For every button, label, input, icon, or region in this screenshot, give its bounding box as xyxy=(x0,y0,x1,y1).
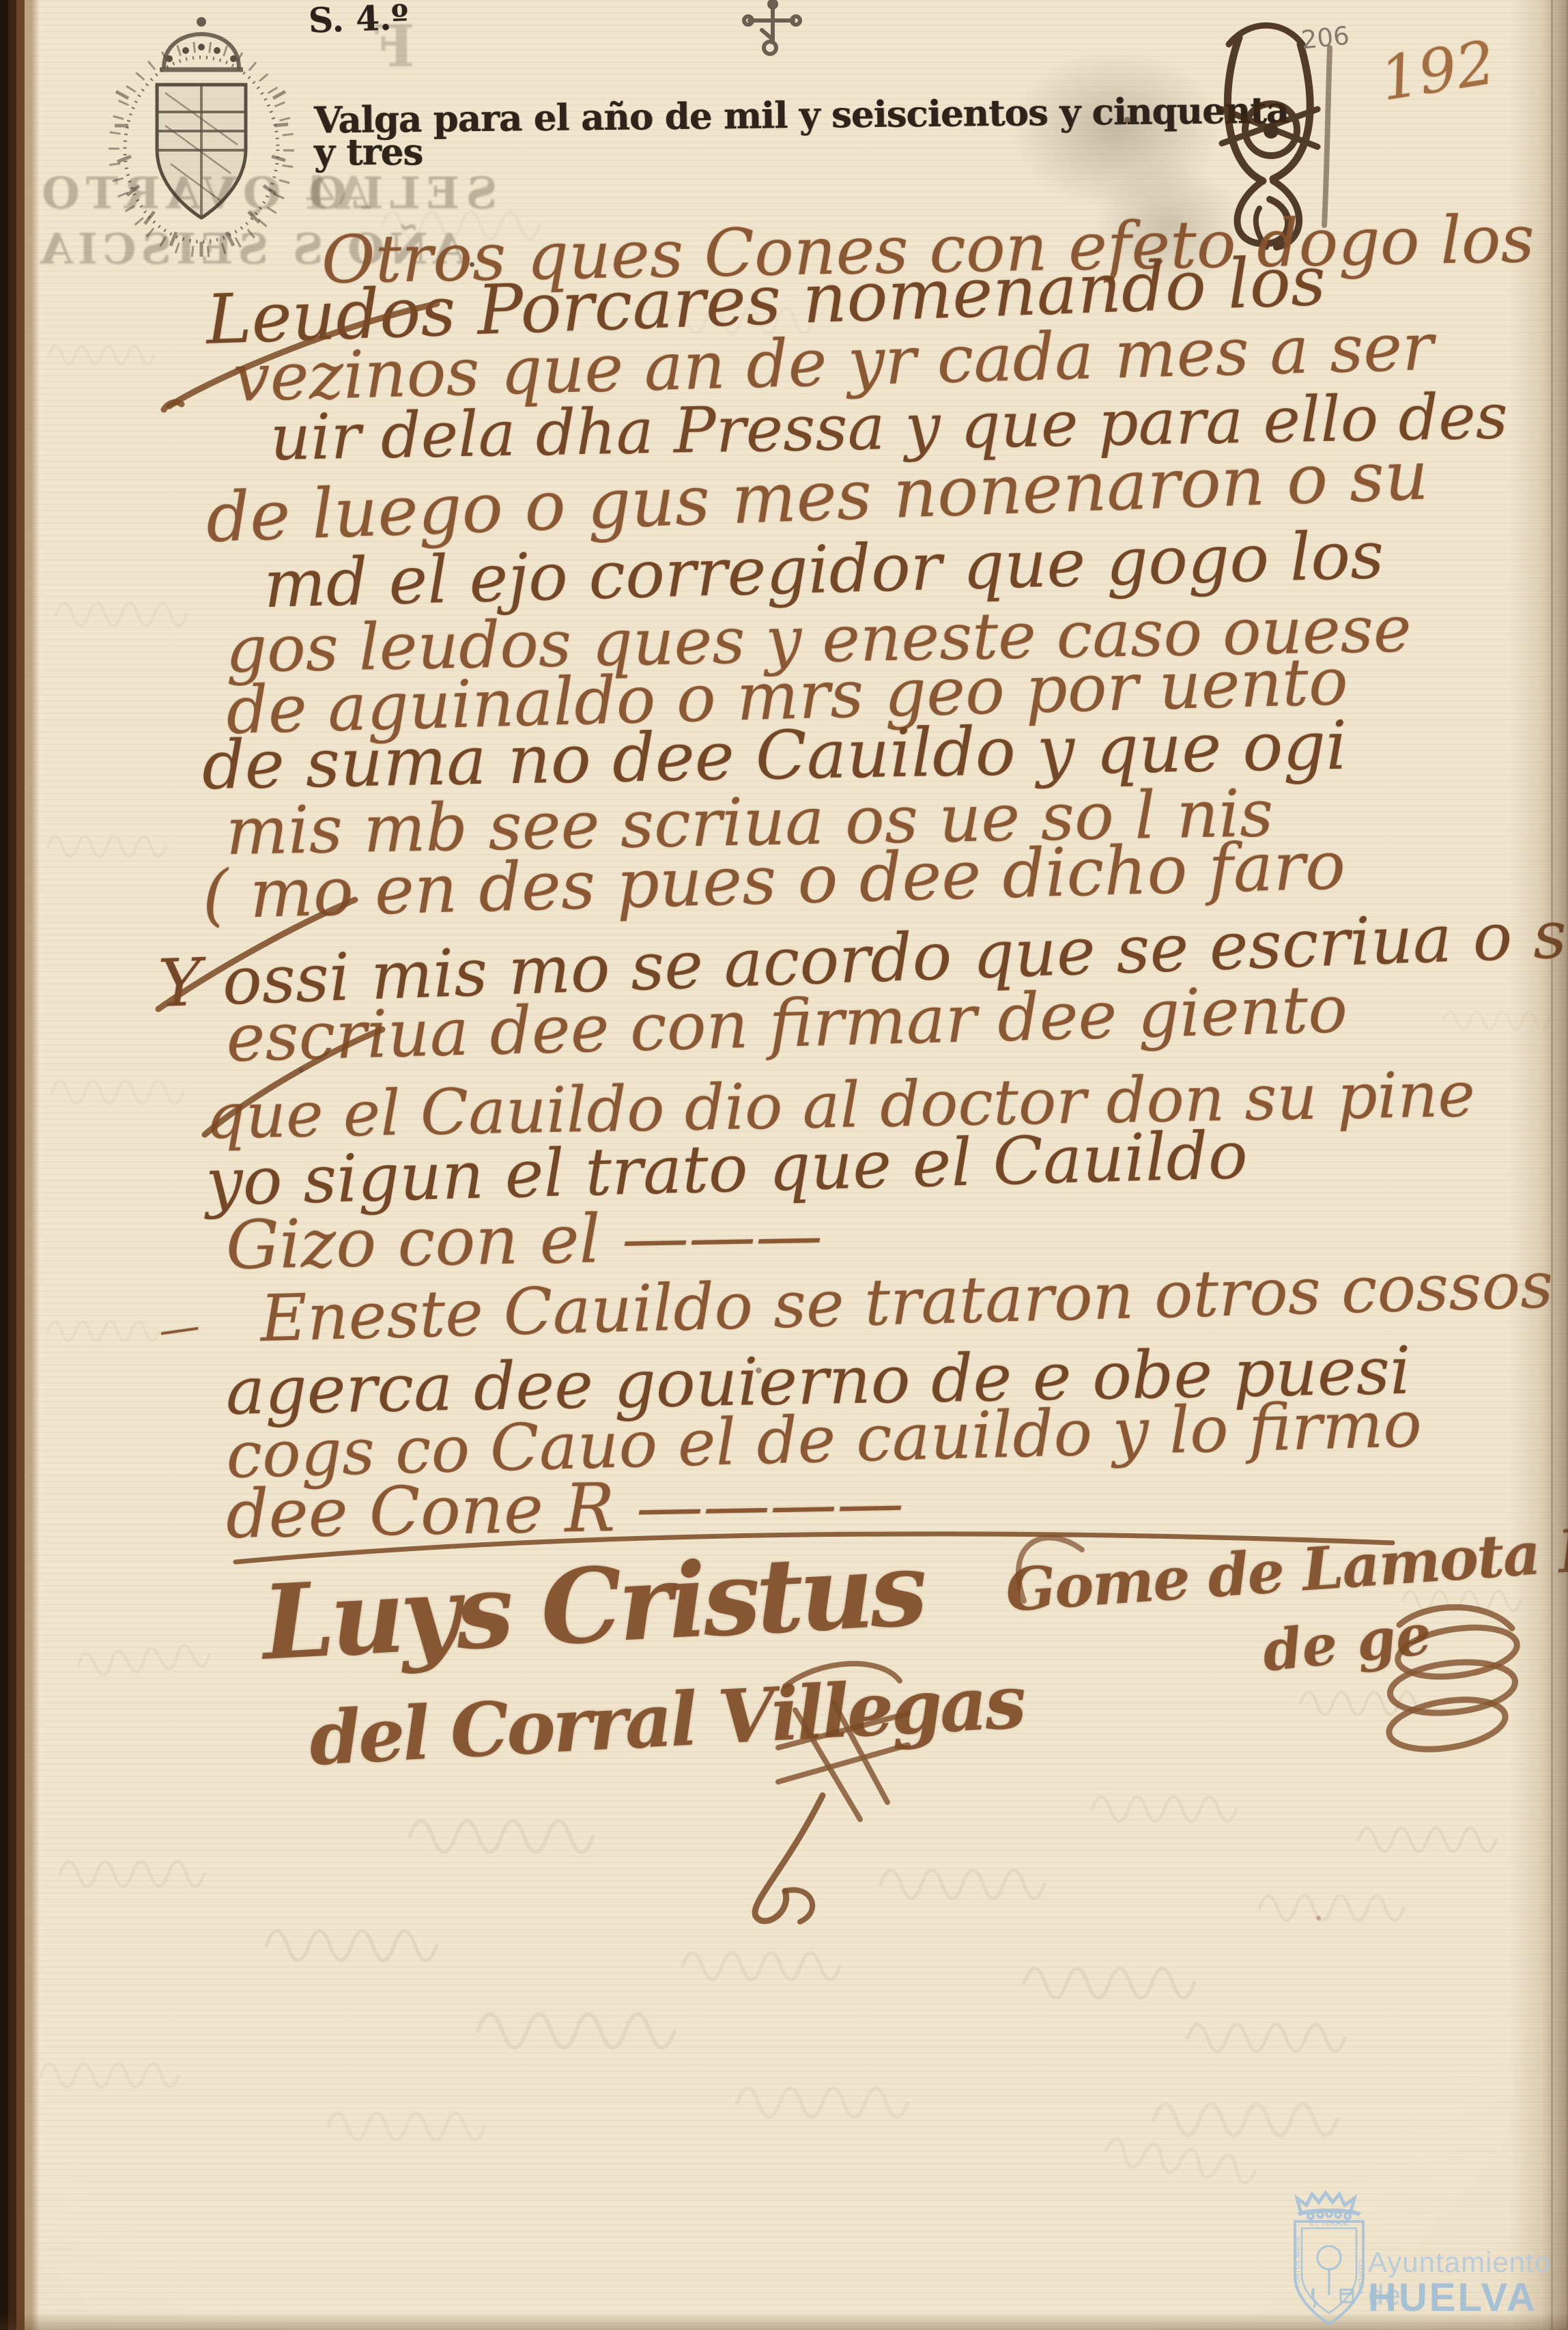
section-mark: S. 4.º xyxy=(308,0,409,41)
huelva-crest-icon: ET TERRÆ PORTUS MARIS CUSTODIA xyxy=(1278,2186,1380,2329)
page-edge-right xyxy=(1509,0,1568,2330)
margin-dash: — xyxy=(156,1302,203,1355)
page-crease-right xyxy=(1551,0,1553,2330)
watermark-city-name: HUELVA xyxy=(1368,2275,1537,2320)
crest-motto-left: PORTUS MARIS xyxy=(1294,2236,1302,2288)
crest-motto-right: CUSTODIA xyxy=(1356,2260,1364,2295)
crest-motto-top: ET TERRÆ xyxy=(1309,2219,1349,2228)
ink-specks xyxy=(470,262,474,267)
folio-number-pencil: 206 xyxy=(1300,20,1351,55)
binding-edge-left xyxy=(0,0,40,2330)
royal-seal-stamp-icon xyxy=(89,10,314,262)
manuscript-page: SELLO QVARTO AÑO S SEISCIA A4 F xyxy=(0,0,1568,2330)
printed-heading-line-2: y tres xyxy=(314,131,423,173)
cross-doodle-icon xyxy=(739,0,807,61)
